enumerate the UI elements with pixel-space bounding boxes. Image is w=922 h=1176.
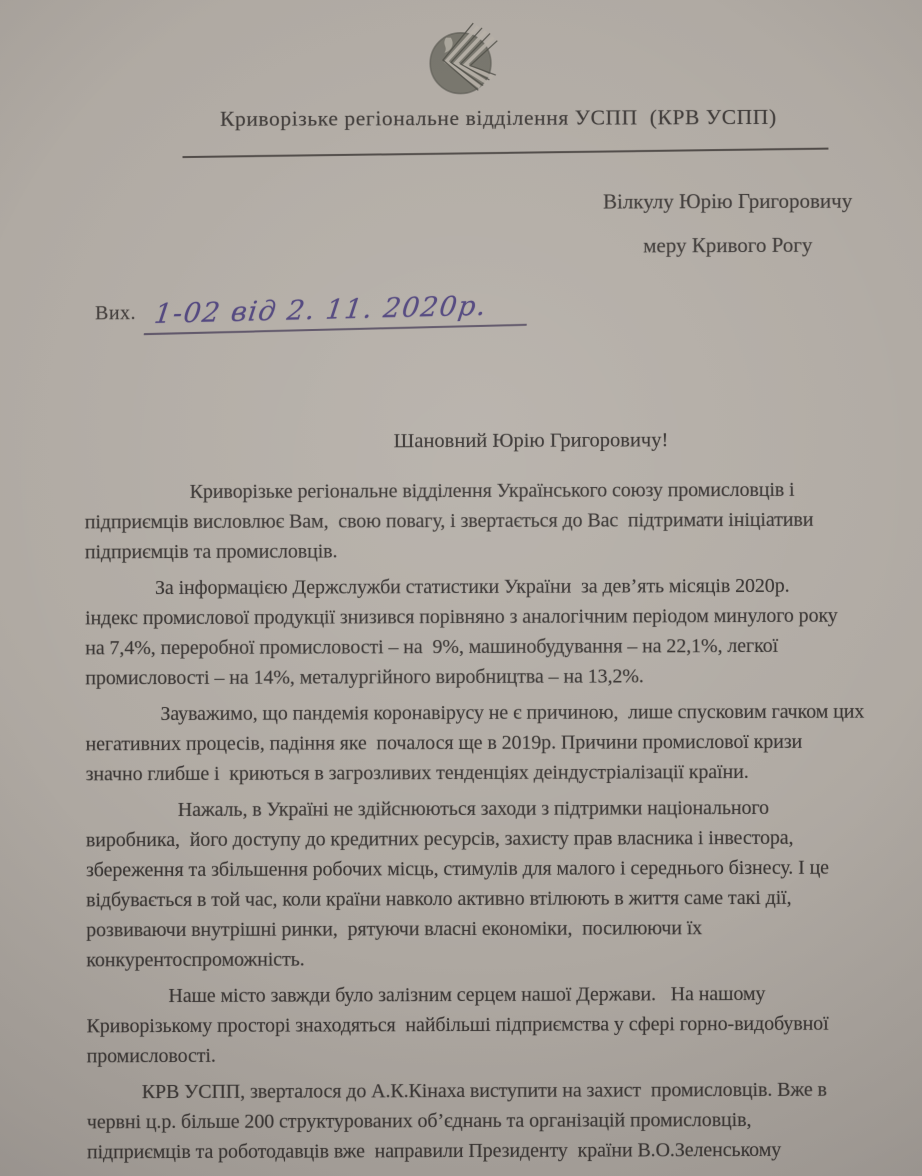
text-line: відбувається в той час, коли країни навк… [86, 882, 904, 915]
text-line: Криворізьке регіональне відділення Украї… [85, 474, 903, 507]
text-line: виробника, його доступу до кредитних рес… [86, 822, 904, 855]
paragraph-4: Нажаль, в Україні не здійснюються заходи… [86, 792, 905, 975]
paragraph-6: КРВ УСПП, зверталося до А.К.Кінаха висту… [87, 1074, 905, 1167]
text-line: Наше місто завжди було залізним серцем н… [86, 978, 904, 1011]
text-line: негативних процесів, падіння яке почалос… [85, 726, 903, 759]
letter-page: Криворізьке регіональне відділення УСПП … [0, 0, 922, 1176]
text-line: значно глибше і криються в загрозливих т… [86, 756, 904, 789]
addressee-block: Вілкулу Юрію Григоровичу меру Кривого Ро… [587, 189, 869, 278]
addressee-name: Вілкулу Юрію Григоровичу [587, 189, 869, 215]
text-line: підприємців висловлює Вам, свою повагу, … [85, 504, 903, 537]
paragraph-5: Наше місто завжди було залізним серцем н… [86, 978, 904, 1071]
text-line: червні ц.р. більше 200 структурованих об… [87, 1104, 905, 1137]
text-line: промисловості. [87, 1038, 905, 1071]
paragraph-2: За інформацією Держслужби статистики Укр… [85, 570, 903, 693]
paragraph-1: Криворізьке регіональне відділення Украї… [85, 474, 903, 567]
org-name: Криворізьке регіональне відділення УСПП … [148, 105, 848, 132]
text-line: Нажаль, в Україні не здійснюються заходи… [86, 792, 904, 825]
document-photo: Криворізьке регіональне відділення УСПП … [0, 0, 922, 1176]
salutation: Шановний Юрію Григоровичу! [84, 428, 899, 454]
text-line: збереження та збільшення робочих місць, … [86, 852, 904, 885]
text-line: індекс промислової продукції знизився по… [85, 600, 903, 633]
text-line: За інформацією Держслужби статистики Укр… [85, 570, 903, 603]
text-line: Зауважимо, що пандемія коронавірусу не є… [85, 696, 903, 729]
text-line: Криворізькому просторі знаходяться найбі… [86, 1008, 904, 1041]
text-line: підприємців та роботодавців вже направил… [87, 1134, 905, 1167]
outgoing-reference: Вих.1-02 від 2. 11. 2020р. [95, 294, 529, 332]
text-line: промисловості – на 14%, металургійного в… [85, 660, 903, 693]
text-line: на 7,4%, переробної промисловості – на 9… [85, 630, 903, 663]
paragraph-3: Зауважимо, що пандемія коронавірусу не є… [85, 696, 903, 789]
letter-body: Криворізьке регіональне відділення Украї… [85, 474, 905, 1173]
text-line: КРВ УСПП, зверталося до А.К.Кінаха висту… [87, 1074, 905, 1107]
text-line: розвиваючи внутрішні ринки, рятуючи влас… [86, 912, 904, 945]
text-line: конкурентоспроможність. [86, 942, 904, 975]
outgoing-ref-label: Вих. [95, 302, 136, 324]
header-divider [182, 148, 828, 158]
addressee-title: меру Кривого Рогу [587, 233, 869, 259]
outgoing-ref-handwritten: 1-02 від 2. 11. 2020р. [144, 290, 531, 335]
text-line: підприємців та промисловців. [85, 534, 903, 567]
uspp-logo-icon [422, 20, 502, 100]
